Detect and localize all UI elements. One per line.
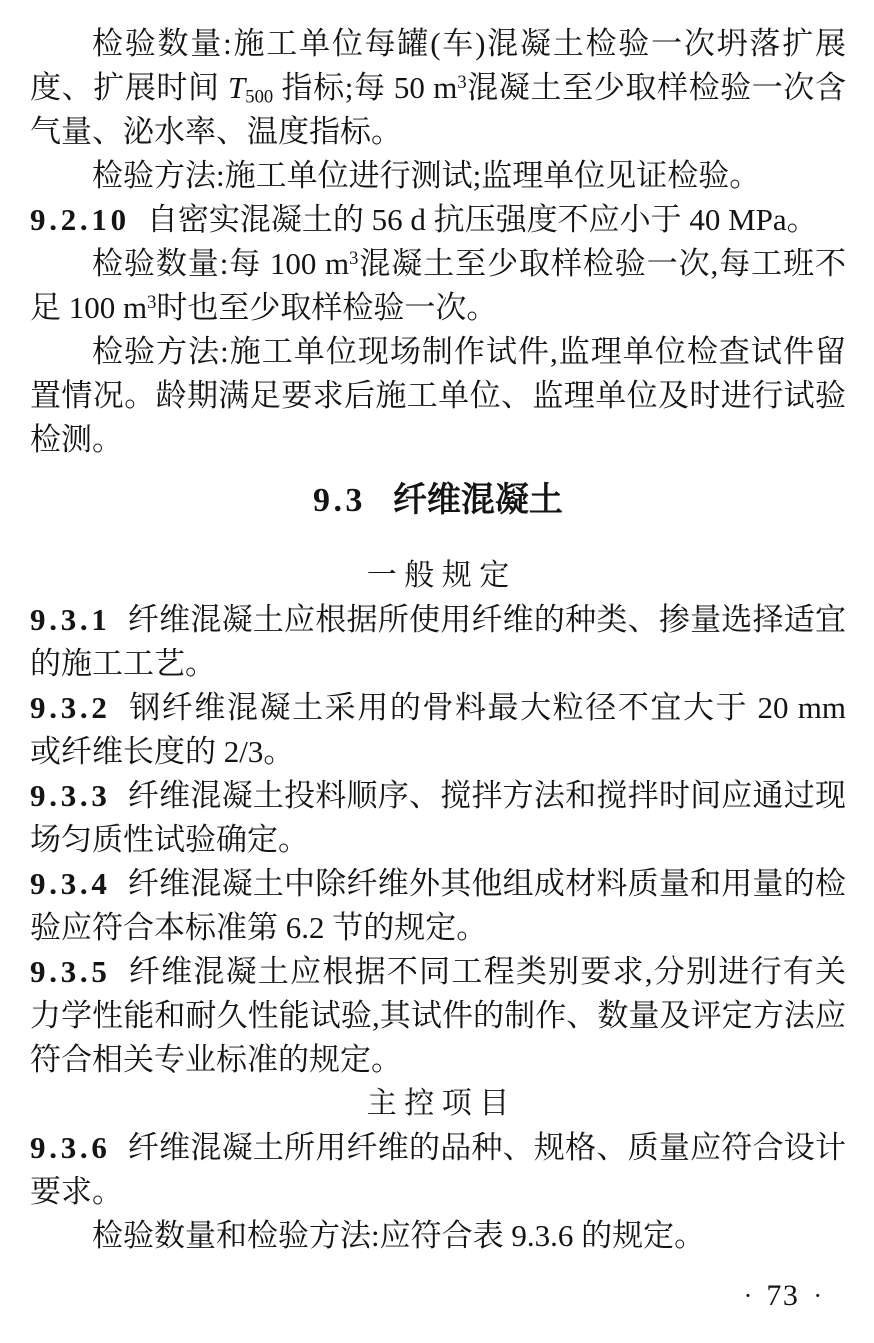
subheading-main-control-items: 主 控 项 目	[30, 1082, 846, 1126]
clause-9-3-6: 9.3.6纤维混凝土所用纤维的品种、规格、质量应符合设计要求。	[30, 1126, 846, 1214]
clause-text: 纤维混凝土所用纤维的品种、规格、质量应符合设计要求。	[30, 1130, 846, 1209]
clause-number: 9.3.3	[30, 778, 111, 813]
clause-9-3-1: 9.3.1纤维混凝土应根据所使用纤维的种类、掺量选择适宜的施工工艺。	[30, 598, 846, 686]
page-number: ·73·	[744, 1279, 822, 1313]
subheading-general-provisions: 一 般 规 定	[30, 554, 846, 598]
page-number-dot-right: ·	[813, 1281, 822, 1310]
text-run: 检验方法:施工单位进行测试;监理单位见证检验。	[92, 158, 760, 193]
paragraph-inspection-quantity-1: 检验数量:施工单位每罐(车)混凝土检验一次坍落扩展度、扩展时间 T500 指标;…	[30, 22, 846, 154]
clause-number: 9.3.6	[30, 1130, 111, 1165]
clause-text: 纤维混凝土投料顺序、搅拌方法和搅拌时间应通过现场匀质性试验确定。	[30, 778, 846, 857]
document-page: 检验数量:施工单位每罐(车)混凝土检验一次坍落扩展度、扩展时间 T500 指标;…	[0, 0, 874, 1343]
document-body: 检验数量:施工单位每罐(车)混凝土检验一次坍落扩展度、扩展时间 T500 指标;…	[30, 22, 846, 1258]
page-number-dot-left: ·	[744, 1281, 753, 1310]
page-number-value: 73	[766, 1279, 799, 1312]
clause-number: 9.2.10	[30, 202, 130, 237]
subscript-500: 500	[245, 87, 273, 108]
paragraph-inspection-method-1: 检验方法:施工单位进行测试;监理单位见证检验。	[30, 154, 846, 198]
clause-number: 9.3.2	[30, 690, 111, 725]
clause-text: 纤维混凝土应根据所使用纤维的种类、掺量选择适宜的施工工艺。	[30, 602, 846, 681]
text-run: 指标;每 50 m	[273, 70, 457, 105]
clause-text: 自密实混凝土的 56 d 抗压强度不应小于 40 MPa。	[147, 202, 818, 237]
variable-t: T	[228, 70, 245, 105]
clause-number: 9.3.5	[30, 954, 111, 989]
clause-9-3-2: 9.3.2钢纤维混凝土采用的骨料最大粒径不宜大于 20 mm 或纤维长度的 2/…	[30, 686, 846, 774]
clause-9-3-5: 9.3.5纤维混凝土应根据不同工程类别要求,分别进行有关力学性能和耐久性能试验,…	[30, 950, 846, 1082]
clause-9-3-4: 9.3.4纤维混凝土中除纤维外其他组成材料质量和用量的检验应符合本标准第 6.2…	[30, 862, 846, 950]
section-title: 纤维混凝土	[393, 482, 563, 519]
section-heading-9-3: 9.3纤维混凝土	[30, 478, 846, 524]
clause-text: 钢纤维混凝土采用的骨料最大粒径不宜大于 20 mm 或纤维长度的 2/3。	[30, 690, 846, 769]
clause-9-2-10: 9.2.10自密实混凝土的 56 d 抗压强度不应小于 40 MPa。	[30, 198, 846, 242]
text-run: 检验数量:每 100 m	[92, 246, 349, 281]
subheading-text: 一 般 规 定	[367, 559, 510, 592]
clause-number: 9.3.4	[30, 866, 111, 901]
clause-9-3-3: 9.3.3纤维混凝土投料顺序、搅拌方法和搅拌时间应通过现场匀质性试验确定。	[30, 774, 846, 862]
clause-text: 纤维混凝土中除纤维外其他组成材料质量和用量的检验应符合本标准第 6.2 节的规定…	[30, 866, 846, 945]
text-run: 时也至少取样检验一次。	[156, 290, 497, 325]
clause-number: 9.3.1	[30, 602, 111, 637]
paragraph-inspection-method-2: 检验方法:施工单位现场制作试件,监理单位检查试件留置情况。龄期满足要求后施工单位…	[30, 330, 846, 462]
superscript-cubed: 3	[457, 72, 466, 93]
text-run: 检验方法:施工单位现场制作试件,监理单位检查试件留置情况。龄期满足要求后施工单位…	[30, 334, 846, 457]
paragraph-inspection-quantity-2: 检验数量:每 100 m3混凝土至少取样检验一次,每工班不足 100 m3时也至…	[30, 242, 846, 330]
paragraph-final-inspection: 检验数量和检验方法:应符合表 9.3.6 的规定。	[30, 1214, 846, 1258]
subheading-text: 主 控 项 目	[367, 1087, 510, 1120]
clause-text: 纤维混凝土应根据不同工程类别要求,分别进行有关力学性能和耐久性能试验,其试件的制…	[30, 954, 846, 1077]
text-run: 检验数量和检验方法:应符合表 9.3.6 的规定。	[92, 1218, 705, 1253]
section-number: 9.3	[313, 482, 366, 519]
